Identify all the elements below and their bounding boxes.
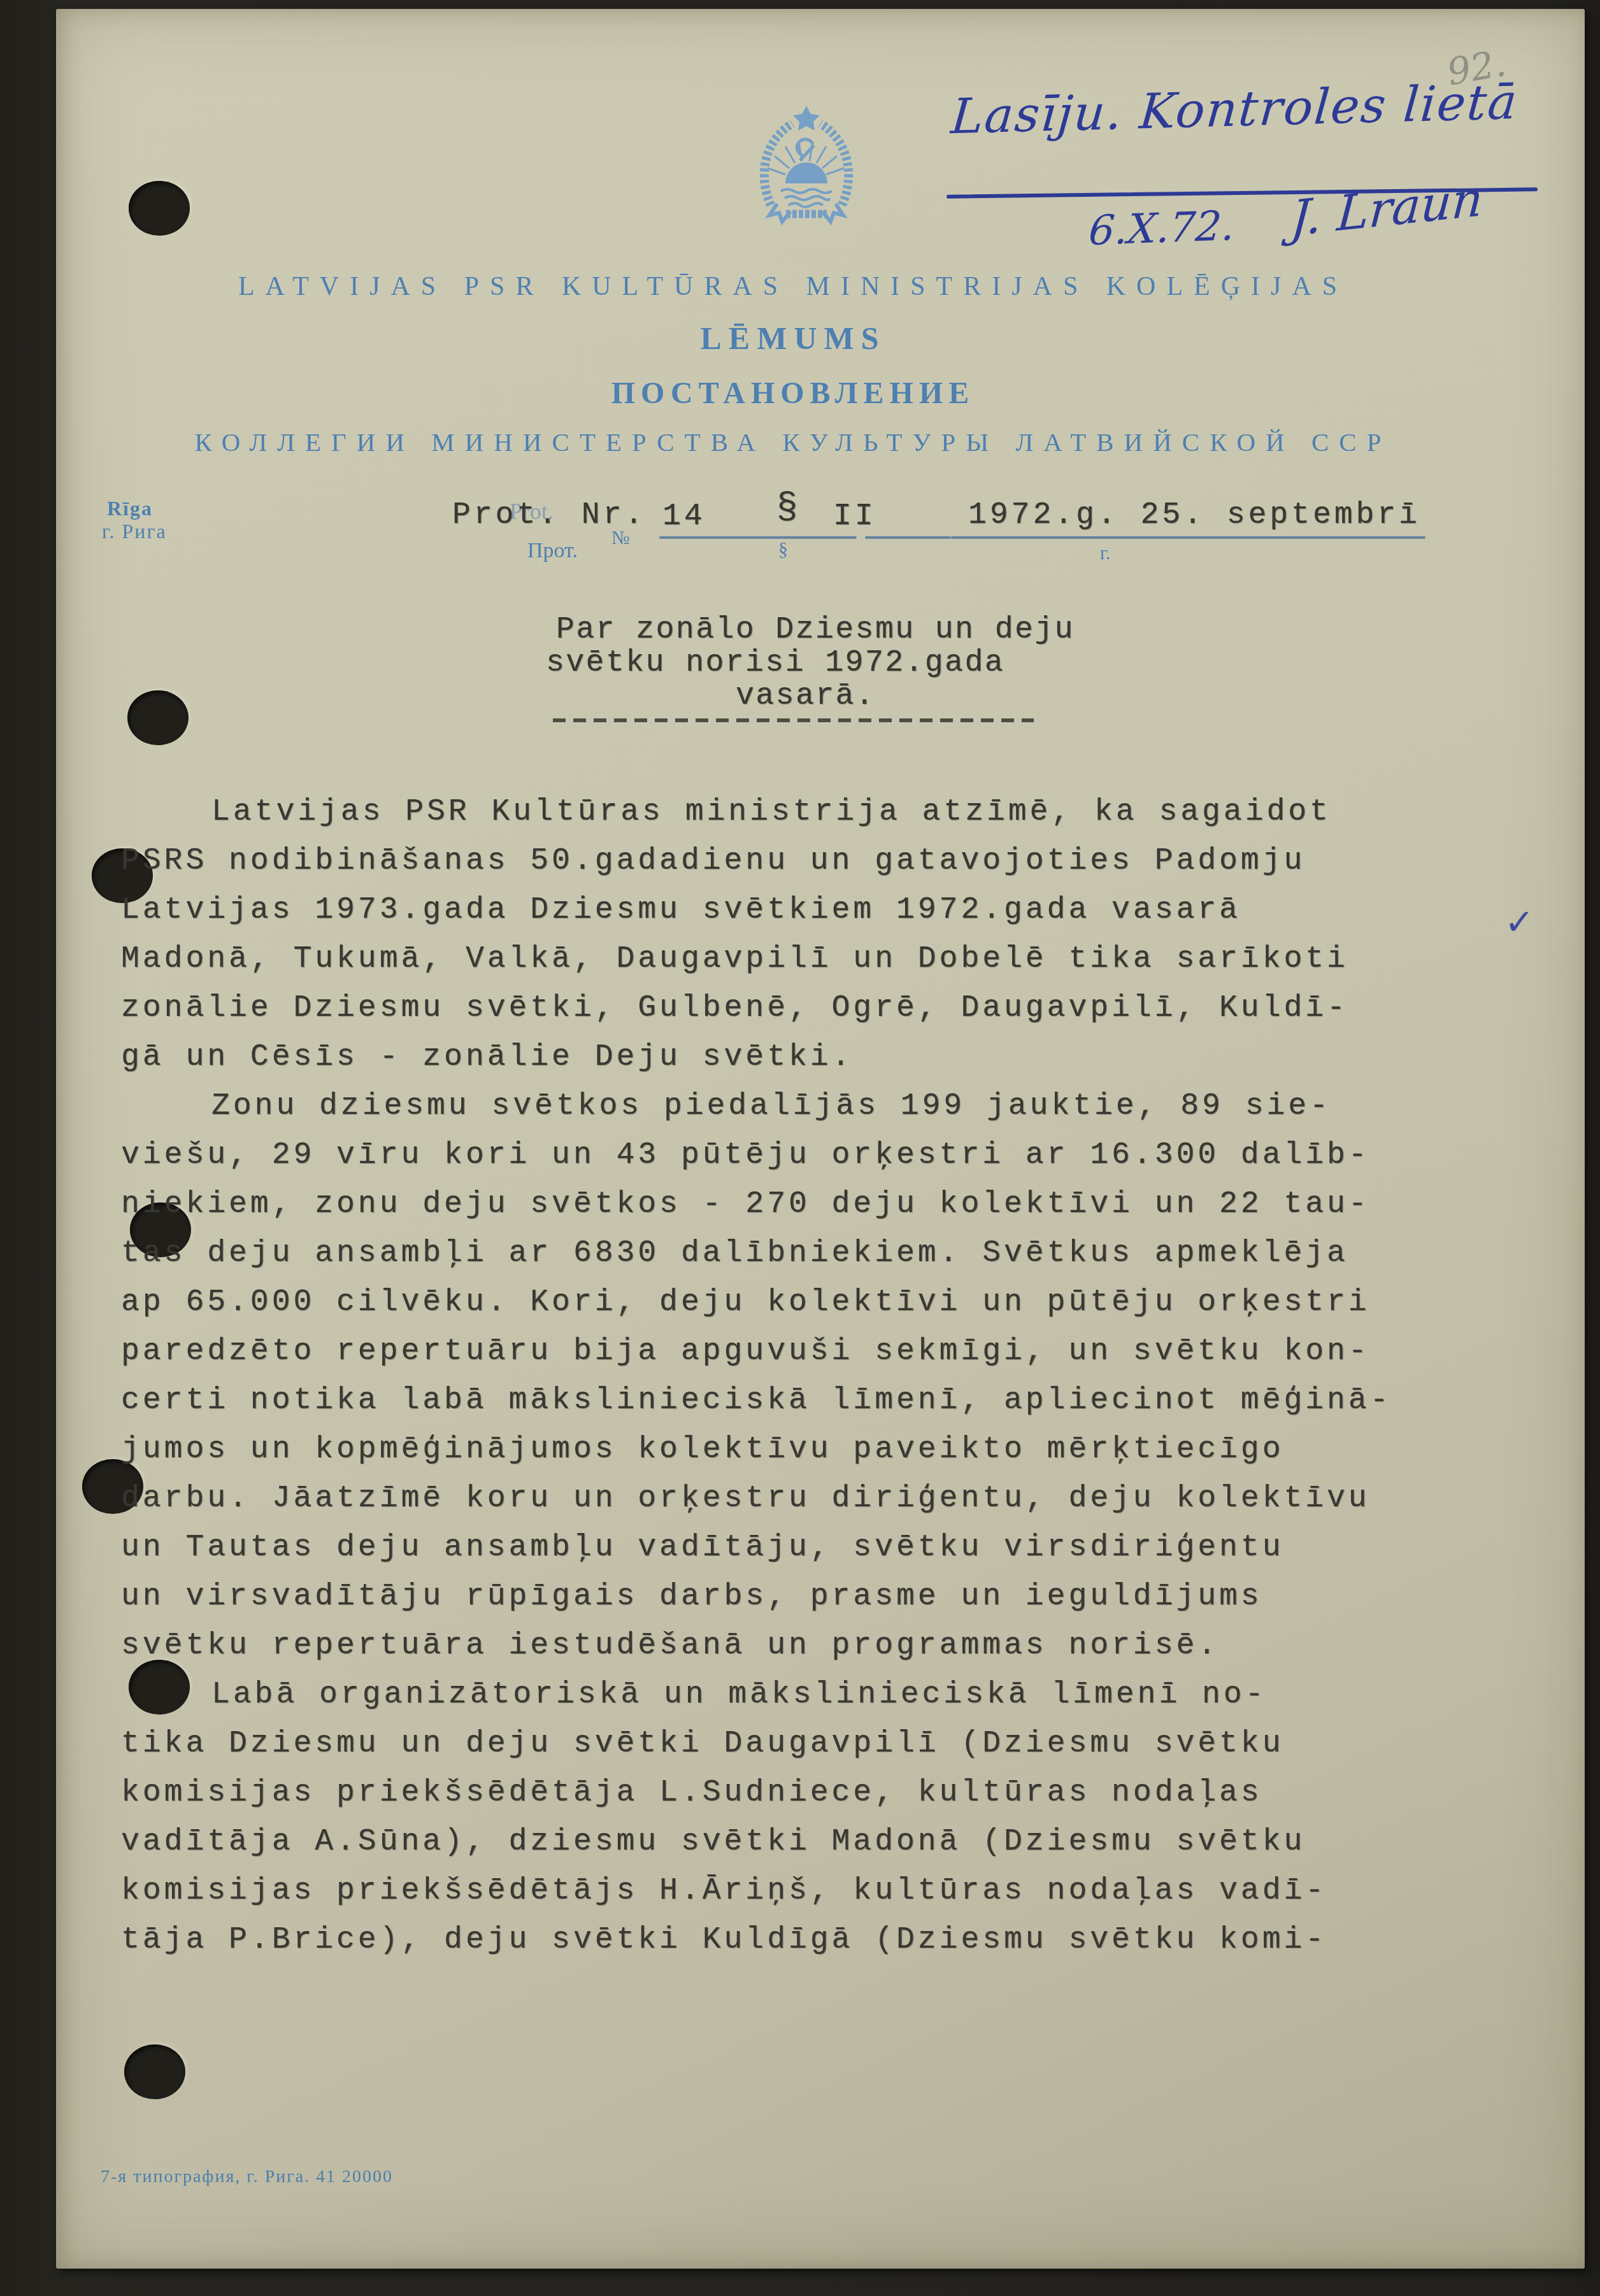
body-line: un Tautas deju ansambļu vadītāju, svētku… <box>121 1530 1446 1579</box>
printed-prot-label-russian: Прот. <box>527 539 578 563</box>
typed-protocol-number: 14 <box>662 499 706 534</box>
body-line: Latvijas 1973.gada Dziesmu svētkiem 1972… <box>121 893 1446 942</box>
typed-section-mark: § <box>776 488 801 529</box>
checkmark-annotation: ✓ <box>1504 902 1534 943</box>
body-line: Madonā, Tukumā, Valkā, Daugavpilī un Dob… <box>121 942 1446 991</box>
body-line: Latvijas PSR Kultūras ministrija atzīmē,… <box>121 795 1446 844</box>
body-line: komisijas priekšsēdētāja L.Sudniece, kul… <box>121 1776 1446 1825</box>
body-line: PSRS nodibināšanas 50.gadadienu un gatav… <box>121 844 1446 893</box>
typed-date: 1972.g. 25. septembrī <box>968 498 1420 532</box>
body-line: niekiem, zonu deju svētkos - 270 deju ko… <box>121 1187 1446 1236</box>
handwritten-date: 6.X.72. <box>1087 203 1236 255</box>
latvian-ssr-emblem-icon <box>752 102 861 227</box>
body-line: certi notika labā mākslinieciskā līmenī,… <box>121 1383 1446 1432</box>
form-rule <box>951 536 1425 539</box>
place-name-latvian: Rīga <box>107 497 153 520</box>
body-line: zonālie Dziesmu svētki, Gulbenē, Ogrē, D… <box>121 991 1446 1040</box>
subject-line-2: svētku norisi 1972.gada <box>546 646 1004 680</box>
body-line: tāja P.Brice), deju svētki Kuldīgā (Dzie… <box>121 1923 1446 1972</box>
body-line: Labā organizātoriskā un mākslinieciskā l… <box>121 1678 1446 1727</box>
place-name-russian: г. Рига <box>102 520 167 543</box>
body-line: tika Dziesmu un deju svētki Daugavpilī (… <box>121 1727 1446 1776</box>
body-line: ap 65.000 cilvēku. Kori, deju kolektīvi … <box>121 1285 1446 1334</box>
body-line: Zonu dziesmu svētkos piedalījās 199 jauk… <box>121 1089 1446 1138</box>
letterhead-org-latvian: LATVIJAS PSR KULTŪRAS MINISTRIJAS KOLĒĢI… <box>25 271 1561 302</box>
body-line: jumos un kopmēģinājumos kolektīvu paveik… <box>121 1432 1446 1481</box>
typed-section-value: II <box>833 499 876 534</box>
body-line: komisijas priekšsēdētājs H.Āriņš, kultūr… <box>121 1874 1446 1923</box>
form-rule <box>659 536 857 539</box>
body-text: Latvijas PSR Kultūras ministrija atzīmē,… <box>121 795 1446 1972</box>
printed-date-particle: г. <box>1100 543 1110 564</box>
letterhead-doc-type-latvian: LĒMUMS <box>25 320 1561 357</box>
printed-numero-sign: № <box>611 527 630 549</box>
body-line: tas deju ansambļi ar 6830 dalībniekiem. … <box>121 1236 1446 1285</box>
punch-hole <box>124 2044 185 2099</box>
body-line: svētku repertuāra iestudēšanā un program… <box>121 1629 1446 1678</box>
punch-hole <box>127 690 189 745</box>
subject-line-1: Par zonālo Dziesmu un deju <box>556 613 1075 647</box>
printed-section-sign: § <box>778 539 788 560</box>
body-line: viešu, 29 vīru kori un 43 pūtēju orķestr… <box>121 1138 1446 1187</box>
subject-dashed-underline <box>553 718 1034 722</box>
body-line: vadītāja A.Sūna), dziesmu svētki Madonā … <box>121 1825 1446 1874</box>
letterhead-org-russian: КОЛЛЕГИИ МИНИСТЕРСТВА КУЛЬТУРЫ ЛАТВИЙСКО… <box>25 427 1561 457</box>
letterhead-doc-type-russian: ПОСТАНОВЛЕНИЕ <box>25 376 1561 411</box>
form-rule <box>865 536 951 539</box>
body-line: paredzēto repertuāru bija apguvuši sekmī… <box>121 1334 1446 1383</box>
subject-line-3: vasarā. <box>736 679 875 713</box>
punch-hole <box>129 181 190 236</box>
body-line: un virsvadītāju rūpīgais darbs, prasme u… <box>121 1579 1446 1629</box>
body-line: gā un Cēsīs - zonālie Deju svētki. <box>121 1040 1446 1089</box>
printers-imprint: 7-я типография, г. Рига. 41 20000 <box>101 2167 393 2187</box>
scanned-document: 92. Lasīju. Kontroles lietā 6.X.72. J. L… <box>0 0 1600 2296</box>
body-line: darbu. Jāatzīmē koru un orķestru diriģen… <box>121 1481 1446 1530</box>
